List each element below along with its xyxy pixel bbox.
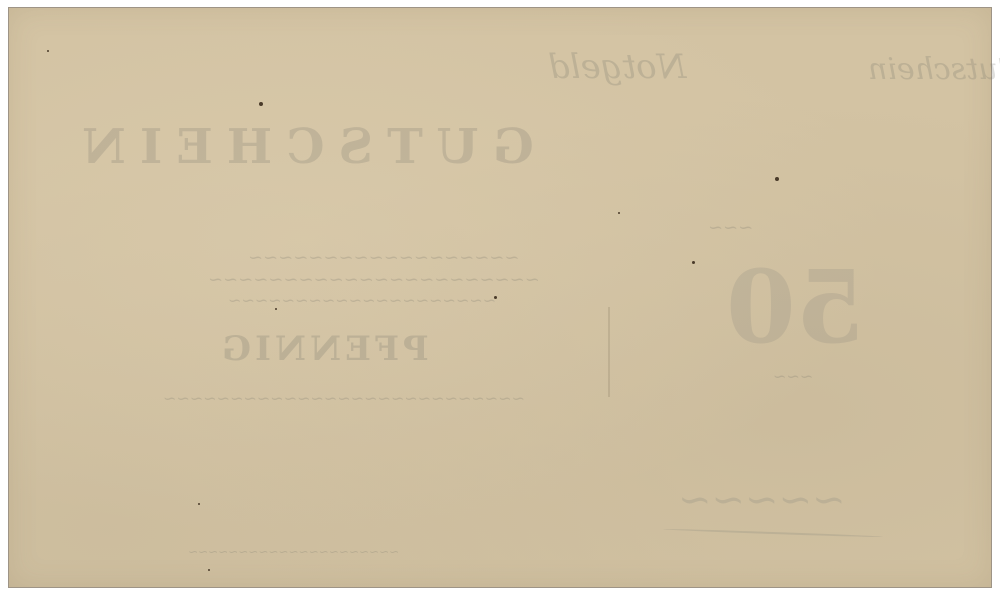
paper-speck [275, 308, 277, 310]
bleed-text-line: ~~~~~~~~~~~~~~~~~~~~ [228, 291, 496, 310]
bleed-title: GUTSCHEIN [68, 119, 534, 175]
paper-speck [47, 50, 49, 52]
bleed-bottom-note: ~~~~~~~~~~~~~~~~~~~~~ [188, 545, 399, 559]
paper-speck [208, 569, 210, 571]
paper-speck [259, 102, 263, 106]
bleed-script-right: Gutschein [868, 52, 1000, 87]
paper-crease [608, 307, 610, 397]
bleed-script-left: Notgeld [548, 47, 686, 87]
paper-speck [494, 296, 497, 299]
paper-speck [198, 503, 200, 505]
bleed-small-text: ~~~ [708, 217, 753, 238]
bleed-signature-line [663, 528, 883, 538]
banknote-reverse: Notgeld Gutschein GUTSCHEIN ~~~~~~~~~~~~… [8, 7, 992, 588]
paper-speck [618, 212, 620, 214]
bleed-denomination-number: 50 [726, 257, 865, 357]
bleed-signature: ~~~~~ [678, 477, 846, 523]
bleed-text-line: ~~~~~~~~~~~~~~~~~~ [248, 247, 519, 268]
paper-speck [775, 177, 779, 181]
bleed-denomination-word: PFENNIG [218, 329, 429, 369]
paper-speck [692, 261, 695, 264]
bleed-small-text: ~~~ [773, 367, 813, 386]
bleed-text-line: ~~~~~~~~~~~~~~~~~~~~~~~~~~~ [163, 389, 525, 408]
bleed-text-line: ~~~~~~~~~~~~~~~~~~~~~~ [208, 269, 540, 290]
